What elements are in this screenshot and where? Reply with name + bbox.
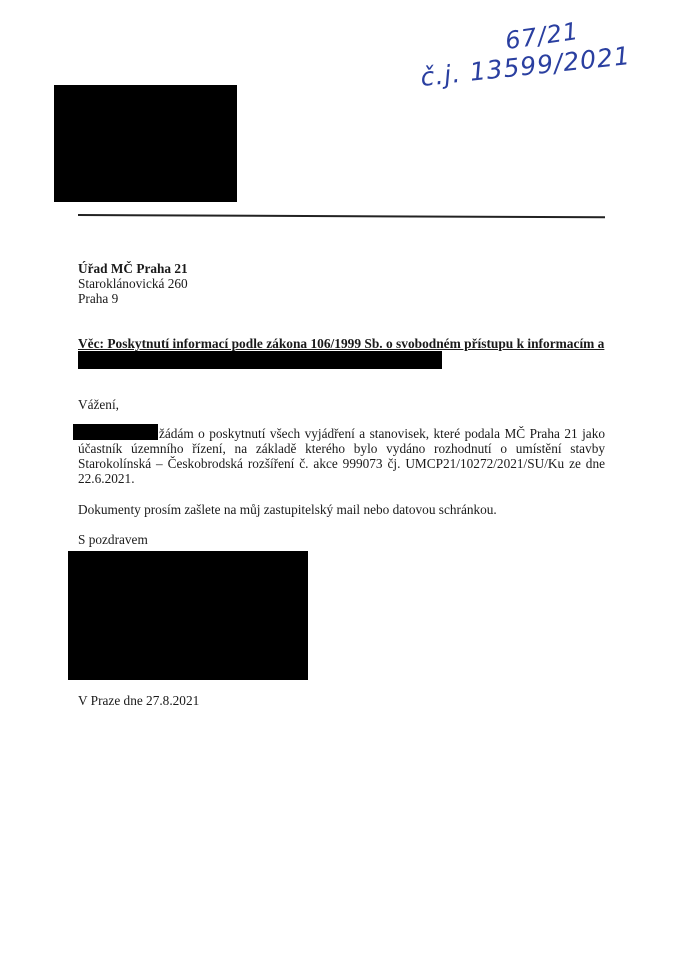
body-line: žádám o poskytnutí všech vyjádření a sta… bbox=[159, 426, 605, 441]
body-paragraph: žádám o poskytnutí všech vyjádření a sta… bbox=[78, 426, 605, 486]
subject-line: Věc: Poskytnutí informací podle zákona 1… bbox=[78, 336, 604, 351]
recipient-street: Staroklánovická 260 bbox=[78, 276, 188, 291]
body-line: Starokolínská – Českobrodská rozšíření č… bbox=[78, 456, 605, 471]
body-line: 22.6.2021. bbox=[78, 471, 605, 486]
subject-redaction bbox=[78, 351, 442, 369]
body-line: účastník územního řízení, na základě kte… bbox=[78, 441, 605, 456]
signature-redaction bbox=[68, 551, 308, 680]
recipient-name: Úřad MČ Praha 21 bbox=[78, 261, 188, 276]
header-divider bbox=[78, 214, 605, 218]
date-line: V Praze dne 27.8.2021 bbox=[78, 693, 199, 708]
closing: S pozdravem bbox=[78, 532, 148, 547]
recipient-city: Praha 9 bbox=[78, 291, 118, 306]
letterhead-redaction bbox=[54, 85, 237, 202]
salutation: Vážení, bbox=[78, 397, 119, 412]
delivery-request: Dokumenty prosím zašlete na můj zastupit… bbox=[78, 502, 497, 517]
